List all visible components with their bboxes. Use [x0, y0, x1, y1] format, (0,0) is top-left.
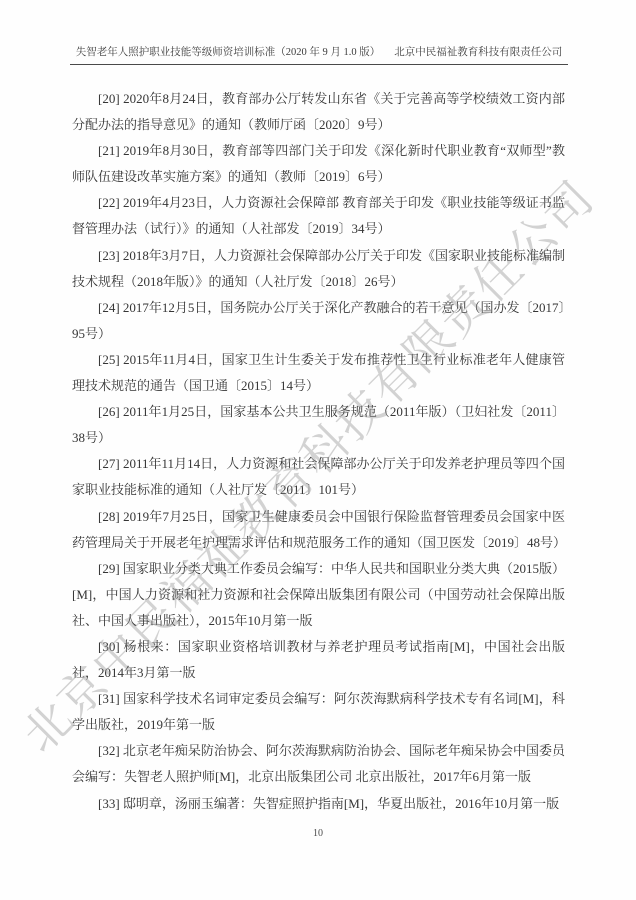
reference-item: [23] 2018年3月7日，人力资源社会保障部办公厅关于印发《国家职业技能标准…: [72, 243, 565, 295]
reference-item: [26] 2011年1月25日，国家基本公共卫生服务规范（2011年版）（卫妇社…: [72, 399, 565, 451]
document-page: 失智老年人照护职业技能等级师资培训标准（2020 年 9 月 1.0 版）北京中…: [0, 0, 636, 900]
document-header: 失智老年人照护职业技能等级师资培训标准（2020 年 9 月 1.0 版）北京中…: [70, 44, 568, 65]
header-company: 北京中民福祉教育科技有限责任公司: [394, 47, 562, 58]
reference-list: [20] 2020年8月24日，教育部办公厅转发山东省《关于完善高等学校绩效工资…: [72, 86, 565, 817]
reference-item: [29] 国家职业分类大典工作委员会编写：中华人民共和国职业分类大典（2015版…: [72, 556, 565, 634]
reference-item: [25] 2015年11月4日，国家卫生计生委关于发布推荐性卫生行业标准老年人健…: [72, 347, 565, 399]
reference-item: [27] 2011年11月14日，人力资源和社会保障部办公厅关于印发养老护理员等…: [72, 451, 565, 503]
reference-item: [20] 2020年8月24日，教育部办公厅转发山东省《关于完善高等学校绩效工资…: [72, 86, 565, 138]
reference-item: [22] 2019年4月23日，人力资源社会保障部 教育部关于印发《职业技能等级…: [72, 190, 565, 242]
page-number: 10: [0, 828, 636, 839]
header-title: 失智老年人照护职业技能等级师资培训标准（2020 年 9 月 1.0 版）: [76, 47, 381, 58]
reference-item: [28] 2019年7月25日，国家卫生健康委员会中国银行保险监督管理委员会国家…: [72, 504, 565, 556]
reference-item: [32] 北京老年痴呆防治协会、阿尔茨海默病防治协会、国际老年痴呆协会中国委员会…: [72, 738, 565, 790]
reference-item: [33] 邸明章，汤丽玉编著：失智症照护指南[M]，华夏出版社，2016年10月…: [72, 791, 565, 817]
reference-item: [31] 国家科学技术名词审定委员会编写：阿尔茨海默病科学技术专有名词[M]，科…: [72, 686, 565, 738]
reference-item: [30] 杨根来：国家职业资格培训教材与养老护理员考试指南[M]，中国社会出版社…: [72, 634, 565, 686]
reference-item: [21] 2019年8月30日，教育部等四部门关于印发《深化新时代职业教育“双师…: [72, 138, 565, 190]
reference-item: [24] 2017年12月5日，国务院办公厅关于深化产教融合的若干意见（国办发〔…: [72, 295, 565, 347]
